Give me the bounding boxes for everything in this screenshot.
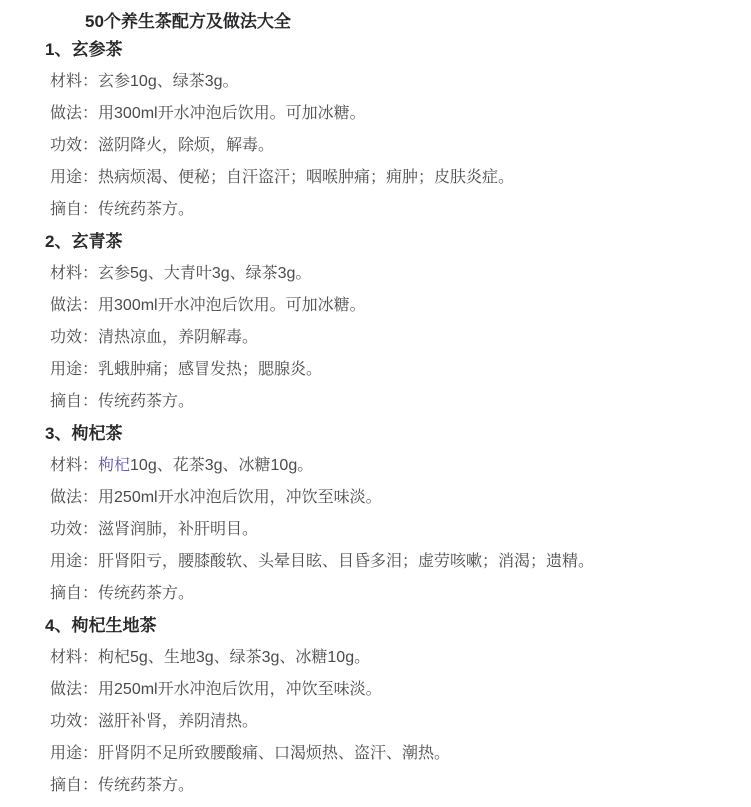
line-text: 10g、花茶3g、冰糖10g。 xyxy=(130,457,313,474)
line-label: 材料： xyxy=(50,73,98,90)
goji-berry-link[interactable]: 枸杞 xyxy=(98,457,130,474)
line-text: 玄参5g、大青叶3g、绿茶3g。 xyxy=(98,265,311,282)
recipe-heading: 4、枸杞生地茶 xyxy=(45,615,711,637)
line-text: 用250ml开水冲泡后饮用，冲饮至味淡。 xyxy=(98,681,382,698)
line-label: 用途： xyxy=(50,553,98,570)
line-text: 热病烦渴、便秘；自汗盗汗；咽喉肿痛；痈肿；皮肤炎症。 xyxy=(98,169,514,186)
line-label: 材料： xyxy=(50,265,98,282)
line-text: 用300ml开水冲泡后饮用。可加冰糖。 xyxy=(98,297,366,314)
recipe-line: 做法：用300ml开水冲泡后饮用。可加冰糖。 xyxy=(50,295,711,317)
recipe-line: 摘自：传统药茶方。 xyxy=(50,583,711,605)
recipe-line: 摘自：传统药茶方。 xyxy=(50,199,711,221)
line-label: 做法： xyxy=(50,489,98,506)
line-text: 乳蛾肿痛；感冒发热；腮腺炎。 xyxy=(98,361,322,378)
line-text: 传统药茶方。 xyxy=(98,201,194,218)
recipe-line: 功效：滋肝补肾，养阴清热。 xyxy=(50,711,711,733)
recipe-heading: 1、玄参茶 xyxy=(45,39,711,61)
recipe-line: 功效：滋肾润肺，补肝明目。 xyxy=(50,519,711,541)
line-label: 用途： xyxy=(50,361,98,378)
line-text: 肝肾阴不足所致腰酸痛、口渴烦热、盗汗、潮热。 xyxy=(98,745,450,762)
line-text: 枸杞5g、生地3g、绿茶3g、冰糖10g。 xyxy=(98,649,370,666)
line-label: 做法： xyxy=(50,681,98,698)
recipe-line: 做法：用300ml开水冲泡后饮用。可加冰糖。 xyxy=(50,103,711,125)
line-text: 滋阴降火，除烦，解毒。 xyxy=(98,137,274,154)
line-label: 摘自： xyxy=(50,585,98,602)
line-label: 功效： xyxy=(50,137,98,154)
line-label: 用途： xyxy=(50,169,98,186)
line-text: 传统药茶方。 xyxy=(98,585,194,602)
line-label: 摘自： xyxy=(50,201,98,218)
recipe-line: 做法：用250ml开水冲泡后饮用，冲饮至味淡。 xyxy=(50,487,711,509)
line-text: 滋肾润肺，补肝明目。 xyxy=(98,521,258,538)
line-text: 肝肾阳亏，腰膝酸软、头晕目眩、目昏多泪；虚劳咳嗽；消渴；遗精。 xyxy=(98,553,594,570)
recipe-line: 功效：滋阴降火，除烦，解毒。 xyxy=(50,135,711,157)
line-text: 清热凉血，养阴解毒。 xyxy=(98,329,258,346)
line-text: 玄参10g、绿茶3g。 xyxy=(98,73,239,90)
line-label: 功效： xyxy=(50,329,98,346)
recipe-line: 功效：清热凉血，养阴解毒。 xyxy=(50,327,711,349)
recipe-line: 材料：玄参5g、大青叶3g、绿茶3g。 xyxy=(50,263,711,285)
recipe-line: 用途：肝肾阴不足所致腰酸痛、口渴烦热、盗汗、潮热。 xyxy=(50,743,711,765)
line-label: 功效： xyxy=(50,713,98,730)
page-title: 50个养生茶配方及做法大全 xyxy=(85,11,711,33)
line-label: 材料： xyxy=(50,649,98,666)
document-page: 50个养生茶配方及做法大全 1、玄参茶材料：玄参10g、绿茶3g。做法：用300… xyxy=(0,0,751,797)
recipe-line: 用途：肝肾阳亏，腰膝酸软、头晕目眩、目昏多泪；虚劳咳嗽；消渴；遗精。 xyxy=(50,551,711,573)
recipe-line: 做法：用250ml开水冲泡后饮用，冲饮至味淡。 xyxy=(50,679,711,701)
line-text: 用250ml开水冲泡后饮用，冲饮至味淡。 xyxy=(98,489,382,506)
recipe-list: 1、玄参茶材料：玄参10g、绿茶3g。做法：用300ml开水冲泡后饮用。可加冰糖… xyxy=(45,39,711,797)
recipe-line: 摘自：传统药茶方。 xyxy=(50,775,711,797)
recipe-heading: 2、玄青茶 xyxy=(45,231,711,253)
line-text: 传统药茶方。 xyxy=(98,393,194,410)
recipe-line: 材料：玄参10g、绿茶3g。 xyxy=(50,71,711,93)
line-text: 传统药茶方。 xyxy=(98,777,194,794)
line-label: 功效： xyxy=(50,521,98,538)
recipe-heading: 3、枸杞茶 xyxy=(45,423,711,445)
line-text: 滋肝补肾，养阴清热。 xyxy=(98,713,258,730)
recipe-line: 材料：枸杞10g、花茶3g、冰糖10g。 xyxy=(50,455,711,477)
line-label: 做法： xyxy=(50,105,98,122)
line-label: 材料： xyxy=(50,457,98,474)
line-text: 用300ml开水冲泡后饮用。可加冰糖。 xyxy=(98,105,366,122)
line-label: 摘自： xyxy=(50,393,98,410)
recipe-line: 摘自：传统药茶方。 xyxy=(50,391,711,413)
line-label: 摘自： xyxy=(50,777,98,794)
line-label: 做法： xyxy=(50,297,98,314)
recipe-line: 材料：枸杞5g、生地3g、绿茶3g、冰糖10g。 xyxy=(50,647,711,669)
recipe-line: 用途：热病烦渴、便秘；自汗盗汗；咽喉肿痛；痈肿；皮肤炎症。 xyxy=(50,167,711,189)
recipe-line: 用途：乳蛾肿痛；感冒发热；腮腺炎。 xyxy=(50,359,711,381)
line-label: 用途： xyxy=(50,745,98,762)
